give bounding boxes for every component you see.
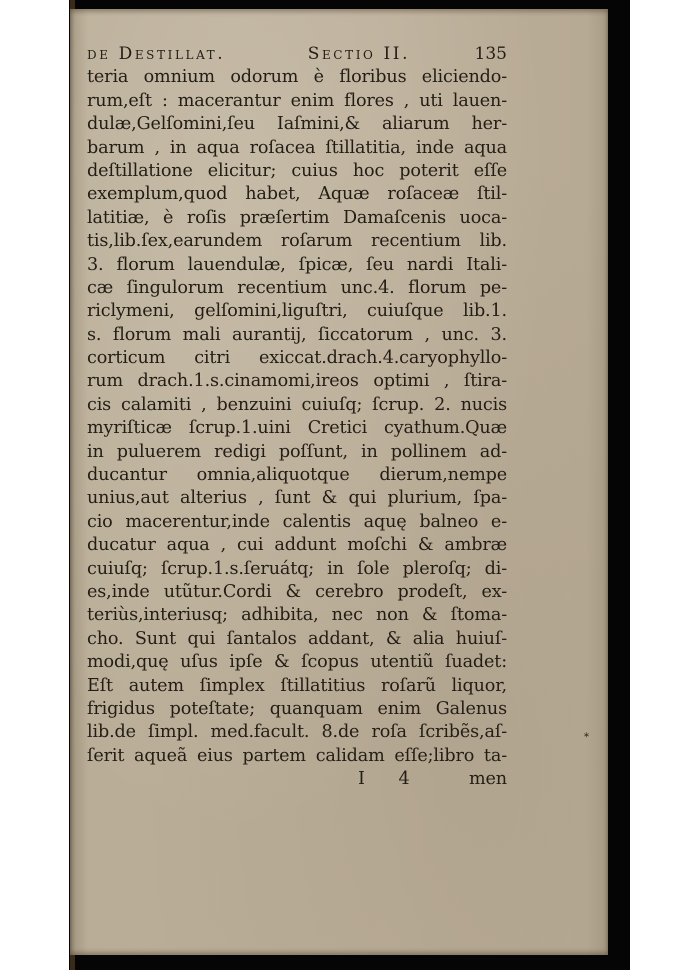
text-line: unius,aut alterius , ſunt & qui plurium,… bbox=[87, 487, 507, 510]
text-line: cio macerentur,inde calentis aquę balneo… bbox=[87, 511, 507, 534]
text-line: riclymeni, gelſomini,liguſtri, cuiuſque … bbox=[87, 300, 507, 323]
text-line: lib.de ſimpl. med.facult. 8.de roſa ſcri… bbox=[87, 721, 507, 744]
text-line: barum , in aqua roſacea ſtillatitia, ind… bbox=[87, 137, 507, 160]
text-line: exemplum,quod habet, Aquæ roſaceæ ſtil- bbox=[87, 183, 507, 206]
catchword: men bbox=[469, 768, 507, 791]
running-head-title: de Destillat. bbox=[87, 43, 225, 66]
text-line: Eſt autem ſimplex ſtillatitius roſarũ li… bbox=[87, 675, 507, 698]
text-line: cuiuſq; ſcrup.1.s.ſeruátq; in ſole plero… bbox=[87, 558, 507, 581]
text-line: es,inde utũtur.Cordi & cerebro prodeſt, … bbox=[87, 581, 507, 604]
spine-edge-bottom bbox=[70, 955, 75, 970]
text-line: modi,quę uſus ipſe & ſcopus utentiũ ſuad… bbox=[87, 651, 507, 674]
text-line: rum drach.1.s.cinamomi,ireos optimi , ſt… bbox=[87, 370, 507, 393]
text-line: cis calamiti , benzuini cuiuſq; ſcrup. 2… bbox=[87, 394, 507, 417]
text-line: corticum citri exiccat.drach.4.caryophyl… bbox=[87, 347, 507, 370]
text-line: in puluerem redigi poſſunt, in pollinem … bbox=[87, 441, 507, 464]
text-line: myriſticæ ſcrup.1.uini Cretici cyathum.Q… bbox=[87, 417, 507, 440]
text-line: teriùs,interiusq; adhibita, nec non & ſt… bbox=[87, 604, 507, 627]
text-line: frigidus poteſtate; quanquam enim Galenu… bbox=[87, 698, 507, 721]
page-number: 135 bbox=[475, 43, 507, 66]
text-line: s. florum mali aurantij, ſiccatorum , un… bbox=[87, 324, 507, 347]
text-line: ducantur omnia,aliquotque dierum,nempe bbox=[87, 464, 507, 487]
running-head: de Destillat. Sectio II. 135 bbox=[87, 43, 507, 66]
text-line: deſtillatione elicitur; cuius hoc poteri… bbox=[87, 160, 507, 183]
text-line: latitiæ, è roſis præſertim Damaſcenis uo… bbox=[87, 207, 507, 230]
marginal-asterisk-icon: * bbox=[584, 726, 589, 749]
text-line: ſerit aqueã eius partem calidam eſſe;lib… bbox=[87, 745, 507, 768]
signature-mark: I 4 bbox=[358, 768, 424, 791]
text-line: 3. florum lauendulæ, ſpicæ, ſeu nardi It… bbox=[87, 254, 507, 277]
page-text-block: de Destillat. Sectio II. 135 teria omniu… bbox=[87, 43, 507, 792]
text-line: teria omnium odorum è floribus eliciendo… bbox=[87, 66, 507, 89]
page-footer: I 4 men bbox=[87, 768, 507, 791]
text-line: tis,lib.ſex,earundem roſarum recentium l… bbox=[87, 230, 507, 253]
text-line: ducatur aqua , cui addunt moſchi & ambræ bbox=[87, 534, 507, 557]
running-head-section: Sectio II. bbox=[308, 43, 410, 66]
text-line: cho. Sunt qui ſantalos addant, & alia hu… bbox=[87, 628, 507, 651]
text-line: rum,eſt : macerantur enim flores , uti l… bbox=[87, 90, 507, 113]
text-line: cæ ſingulorum recentium unc.4. florum pe… bbox=[87, 277, 507, 300]
text-line: dulæ,Gelſomini,ſeu Iaſmini,& aliarum her… bbox=[87, 113, 507, 136]
